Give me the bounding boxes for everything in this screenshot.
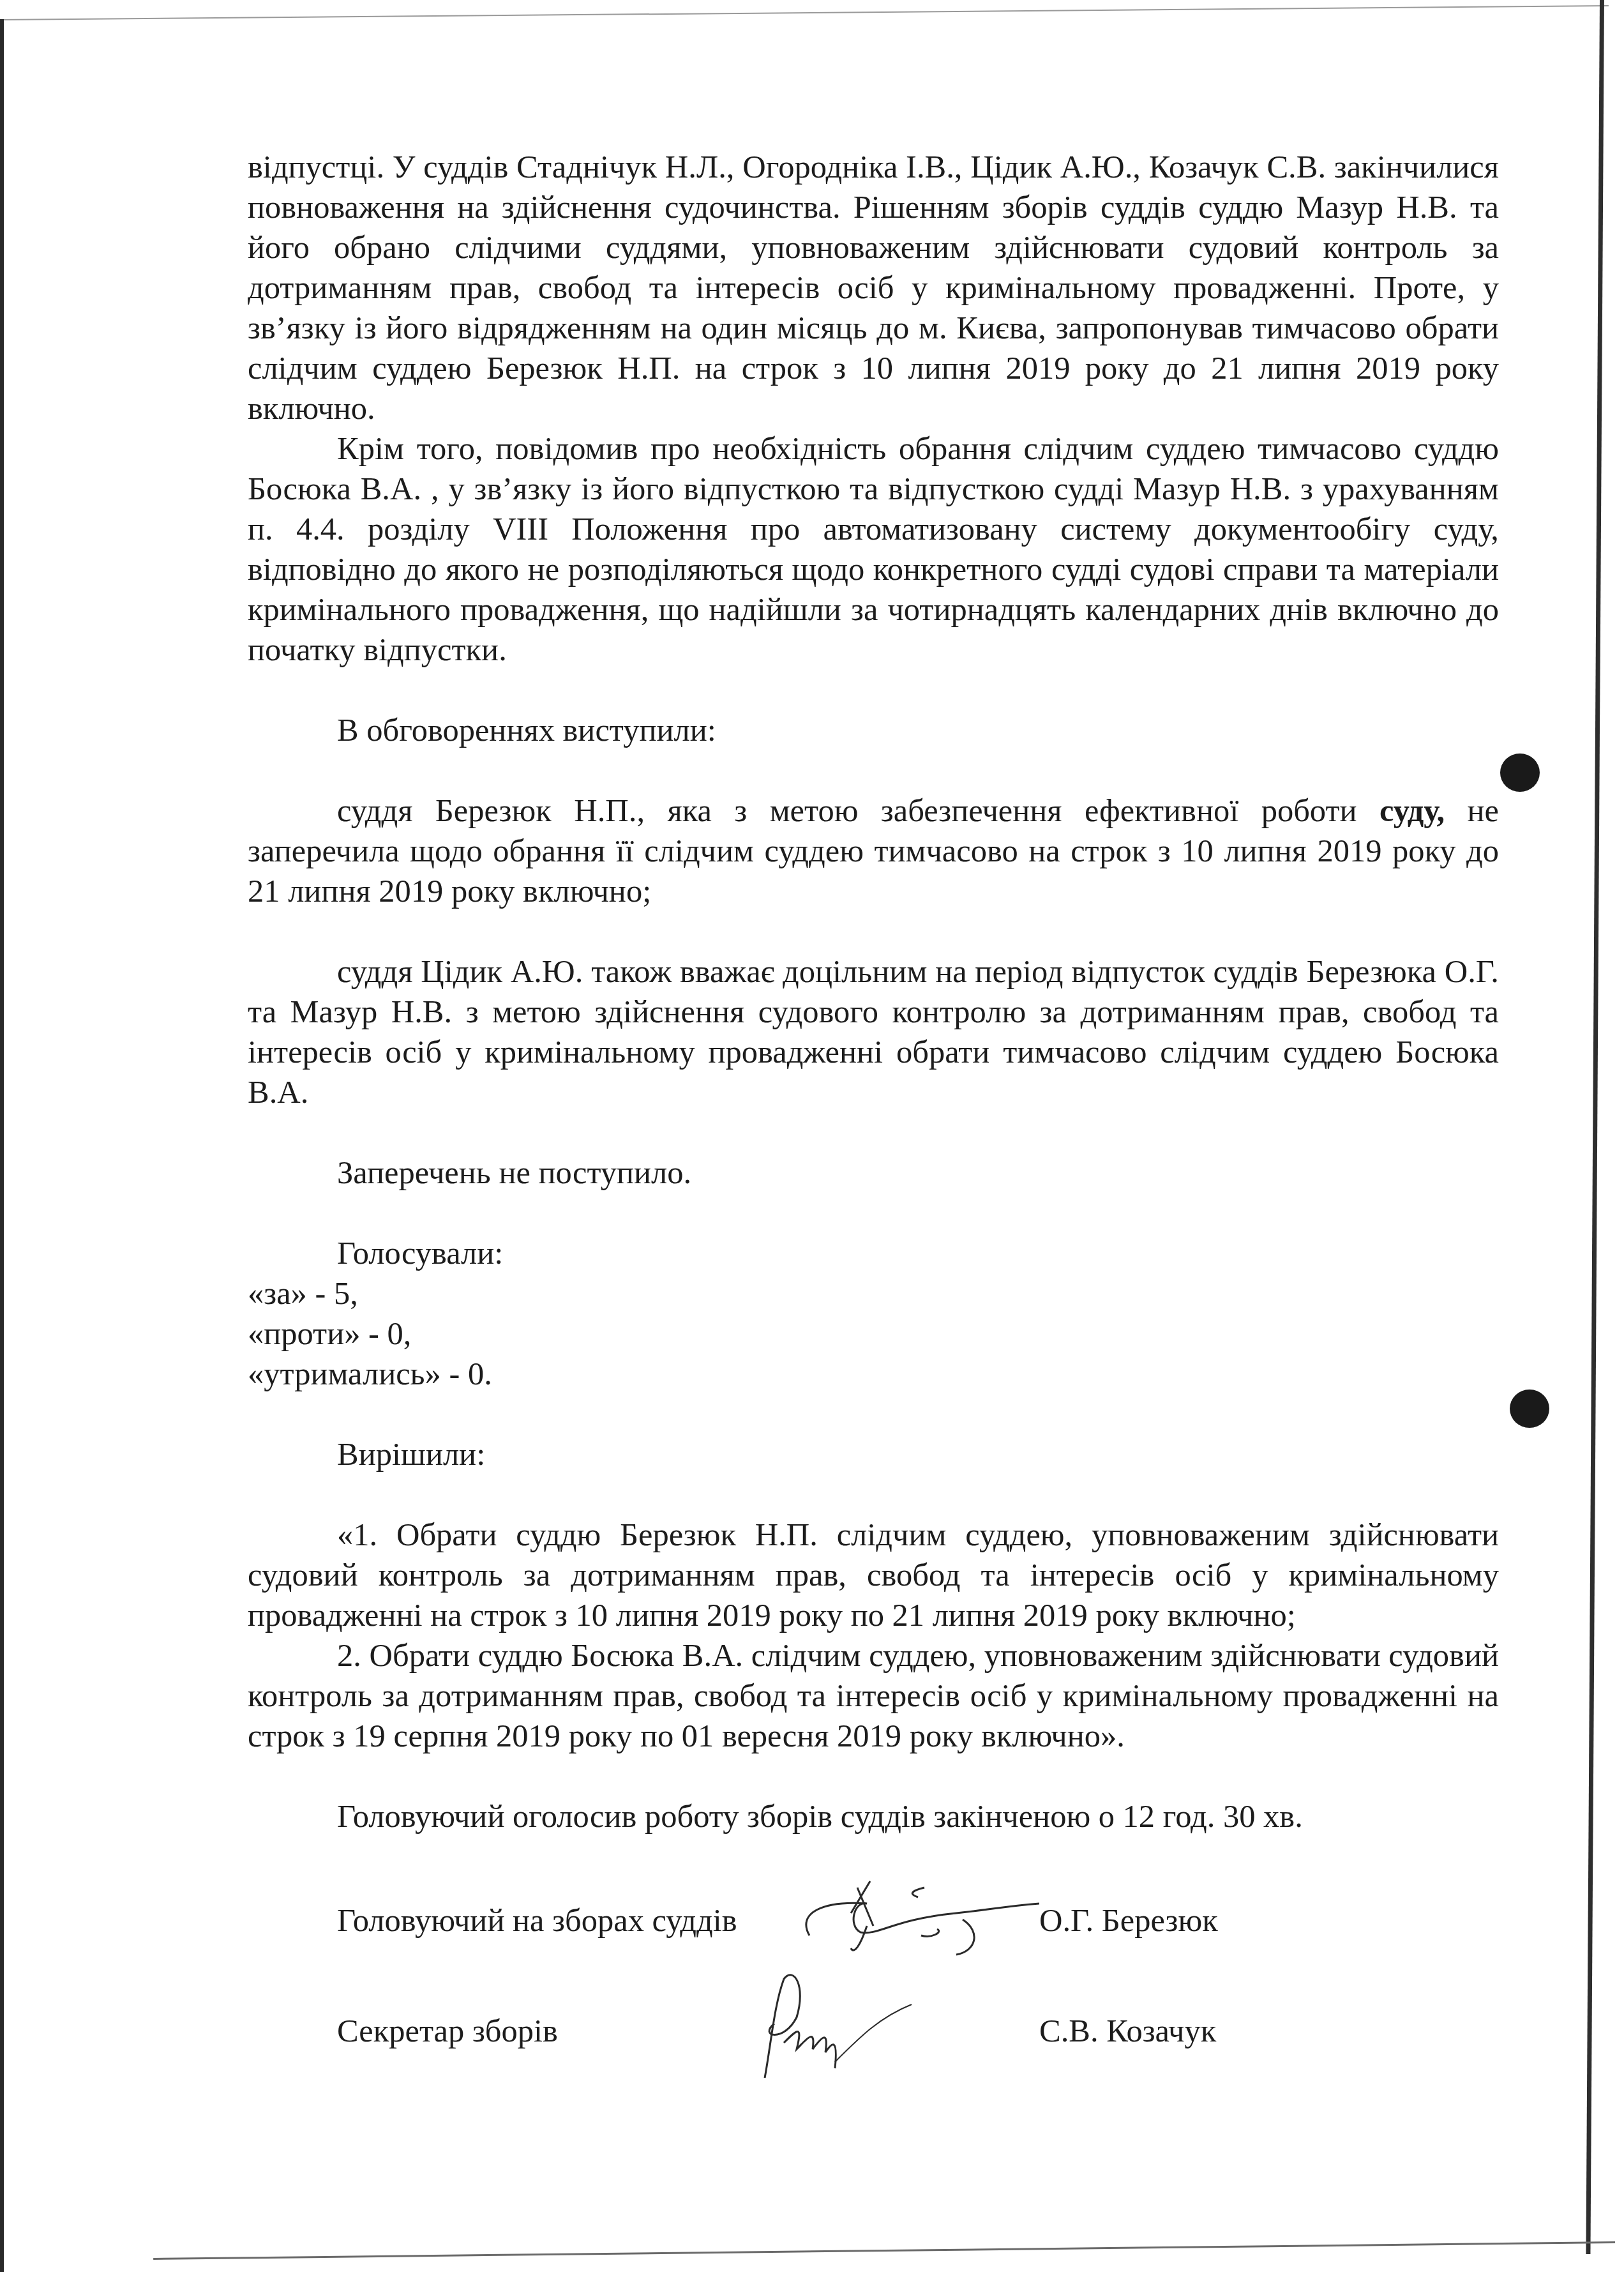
statement-bold-text: суду, bbox=[1380, 792, 1445, 828]
no-objections-text: Заперечень не поступило. bbox=[248, 1153, 1499, 1193]
vote-abstained: «утримались» - 0. bbox=[248, 1354, 1499, 1394]
chair-signature-image bbox=[797, 1875, 1039, 1958]
scan-bottom-edge bbox=[153, 2241, 1615, 2260]
secretary-name: С.В. Козачук bbox=[1039, 2011, 1216, 2051]
decision-item-2: 2. Обрати суддю Босюка В.А. слідчим судд… bbox=[248, 1635, 1499, 1756]
paragraph-tsidyk-statement: суддя Цідик А.Ю. також вважає доцільним … bbox=[248, 951, 1499, 1112]
vote-for: «за» - 5, bbox=[248, 1273, 1499, 1314]
decision-item-1: «1. Обрати суддю Березюк Н.П. слідчим су… bbox=[248, 1515, 1499, 1635]
paragraph-judges-powers: відпустці. У суддів Стаднічук Н.Л., Огор… bbox=[248, 147, 1499, 428]
decided-heading: Вирішили: bbox=[248, 1434, 1499, 1474]
scan-left-edge bbox=[0, 19, 4, 2272]
discussion-heading: В обговореннях виступили: bbox=[248, 710, 1499, 750]
scan-top-edge bbox=[0, 0, 1624, 26]
chair-name: О.Г. Березюк bbox=[1039, 1900, 1218, 1941]
paragraph-investigating-judge-need: Крім того, повідомив про необхідність об… bbox=[248, 428, 1499, 670]
voted-heading: Голосували: bbox=[248, 1233, 1499, 1273]
statement-text: суддя Березюк Н.П., яка з метою забезпеч… bbox=[337, 792, 1380, 828]
vote-against: «проти» - 0, bbox=[248, 1314, 1499, 1354]
secretary-signature-row: Секретар зборів С.В. Козачук bbox=[248, 2011, 1499, 2051]
chair-label: Головуючий на зборах суддів bbox=[337, 1900, 737, 1941]
secretary-signature-image bbox=[746, 1966, 950, 2087]
paragraph-bereziuk-statement: суддя Березюк Н.П., яка з метою забезпеч… bbox=[248, 791, 1499, 911]
hole-punch-mark bbox=[1500, 754, 1540, 792]
chair-signature-row: Головуючий на зборах суддів О.Г. Березюк bbox=[248, 1900, 1499, 1941]
secretary-label: Секретар зборів bbox=[337, 2011, 558, 2051]
closing-statement: Головуючий оголосив роботу зборів суддів… bbox=[248, 1796, 1499, 1837]
document-page: відпустці. У суддів Стаднічук Н.Л., Огор… bbox=[248, 147, 1499, 2051]
scan-right-edge bbox=[1586, 0, 1604, 2254]
hole-punch-mark bbox=[1510, 1390, 1549, 1428]
